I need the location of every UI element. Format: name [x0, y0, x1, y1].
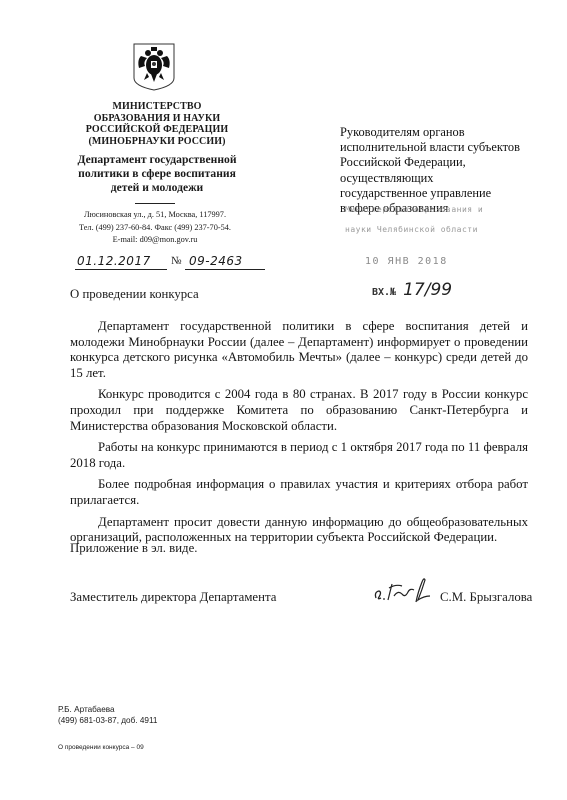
stamp-line: Министерство образования и	[345, 200, 560, 220]
stamp-line: науки Челябинской области	[345, 220, 560, 240]
executor-phone: (499) 681-03-87, доб. 4911	[58, 715, 157, 726]
ministry-line: ОБРАЗОВАНИЯ И НАУКИ	[62, 113, 252, 125]
department-address: Люсиновская ул., д. 51, Москва, 117997. …	[55, 209, 255, 247]
addressee-line: государственное управление	[340, 186, 565, 201]
ministry-line: РОССИЙСКОЙ ФЕДЕРАЦИИ	[62, 124, 252, 136]
body-paragraph: Конкурс проводится с 2004 года в 80 стра…	[70, 387, 528, 434]
department-name: Департамент государственной политики в с…	[62, 153, 252, 195]
number-sign: №	[171, 255, 182, 267]
incoming-number-value: 17/99	[403, 280, 452, 300]
department-line: политики в сфере воспитания	[62, 167, 252, 181]
body-paragraph: Более подробная информация о правилах уч…	[70, 477, 528, 508]
executor-name: Р.Б. Артабаева	[58, 704, 157, 715]
signatory-name: С.М. Брызгалова	[440, 590, 532, 605]
ministry-line: МИНИСТЕРСТВО	[62, 101, 252, 113]
address-line: Люсиновская ул., д. 51, Москва, 117997.	[55, 209, 255, 222]
addressee-line: исполнительной власти субъектов	[340, 140, 565, 155]
received-date-stamp: 10 ЯНВ 2018	[365, 256, 448, 267]
body-paragraph: Работы на конкурс принимаются в период с…	[70, 440, 528, 471]
letter-body: Департамент государственной политики в с…	[70, 319, 528, 552]
body-paragraph: Департамент государственной политики в с…	[70, 319, 528, 381]
department-line: Департамент государственной	[62, 153, 252, 167]
letterhead-divider	[135, 203, 175, 204]
addressee-line: осуществляющих	[340, 171, 565, 186]
email-line: E-mail: d09@mon.gov.ru	[55, 234, 255, 247]
phone-fax-line: Тел. (499) 237-60-84. Факс (499) 237-70-…	[55, 222, 255, 235]
document-file-label: О проведении конкурса – 09	[58, 744, 144, 751]
addressee-line: Руководителям органов	[340, 125, 565, 140]
incoming-label: ВХ.№	[372, 287, 396, 298]
addressee-line: Российской Федерации,	[340, 155, 565, 170]
executor-info: Р.Б. Артабаева (499) 681-03-87, доб. 491…	[58, 704, 157, 726]
letter-subject: О проведении конкурса	[70, 287, 199, 302]
registration-line: 01.12.2017 № 09-2463	[75, 254, 275, 274]
registration-date: 01.12.2017	[75, 254, 167, 270]
incoming-stamp-faded: Министерство образования и науки Челябин…	[345, 200, 560, 240]
registration-number: 09-2463	[185, 254, 265, 270]
ministry-line: (МИНОБРНАУКИ РОССИИ)	[62, 136, 252, 148]
handwritten-signature-icon	[372, 574, 434, 604]
russian-coat-of-arms-icon	[131, 42, 177, 92]
signatory-title: Заместитель директора Департамента	[70, 590, 276, 605]
attachment-note: Приложение в эл. виде.	[70, 541, 197, 556]
department-line: детей и молодежи	[62, 181, 252, 195]
ministry-name: МИНИСТЕРСТВО ОБРАЗОВАНИЯ И НАУКИ РОССИЙС…	[62, 101, 252, 147]
incoming-number: ВХ.№ 17/99	[372, 280, 452, 302]
